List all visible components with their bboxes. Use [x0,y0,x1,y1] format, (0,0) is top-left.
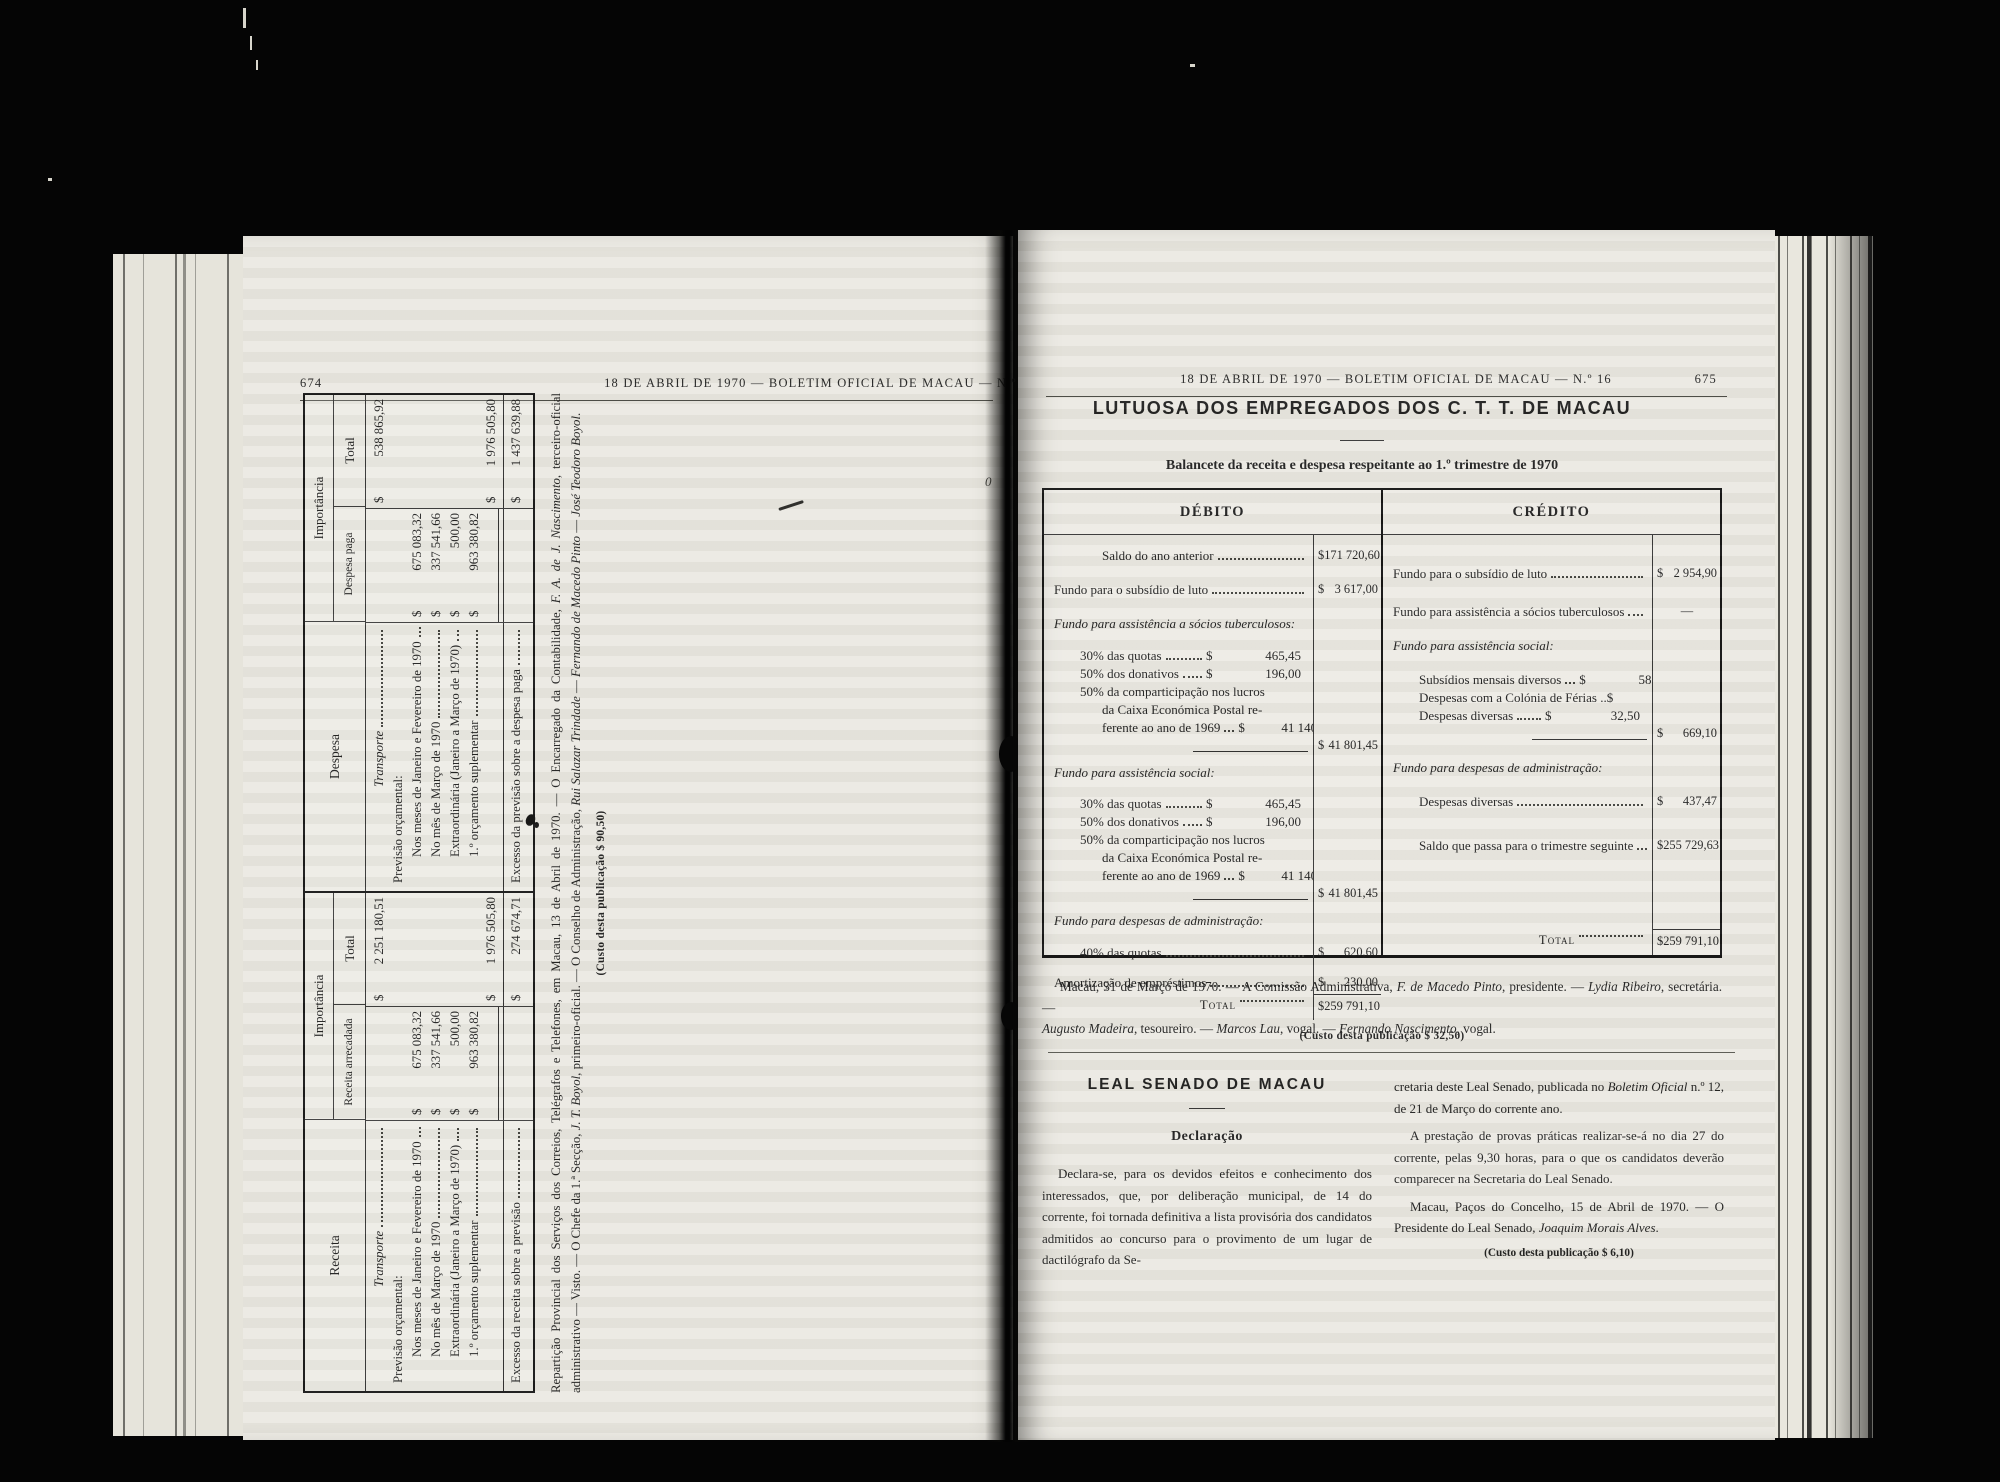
table-row: Excesso da previsão sobre a despesa paga… [503,395,529,891]
credit-header: CRÉDITO [1383,490,1720,535]
table-row: Excesso da receita sobre a previsão$274 … [503,893,529,1391]
table-row: No mês de Março de 1970$337 541,66 [426,395,445,891]
paragraph: Macau, Paços do Concelho, 15 de Abril de… [1394,1196,1724,1239]
senado-left-column: LEAL SENADO DE MACAU Declaração Declara-… [1042,1076,1390,1271]
cost-note: (Custo desta publicação $ 90,50) [591,393,611,1393]
credit-rows: Fundo para o subsídio de luto$2 954,90Fu… [1383,535,1720,955]
book-spread: 674 18 DE ABRIL DE 1970 — BOLETIM OFICIA… [113,230,1873,1446]
table-row: Despesas com a Colónia de Férias ..$56,6… [1383,689,1720,707]
rotated-balancete-block: Receita Importância Receita arrecadada T… [303,393,633,1393]
section-divider [1189,1108,1225,1109]
table-row: 50% da comparticipação nos lucros [1044,683,1381,701]
page-number: 674 [300,376,322,391]
table-row: da Caixa Económica Postal re- [1044,701,1381,719]
ink-mark [778,500,804,510]
balancete-table: Receita Importância Receita arrecadada T… [303,393,535,1393]
table-row: da Caixa Económica Postal re- [1044,849,1381,867]
left-page-edges [113,254,245,1436]
table-row: $41 801,45 [1044,737,1381,755]
table-row: Extraordinária (Janeiro a Março de 1970)… [445,893,464,1391]
paragraph: A prestação de provas práticas realizar-… [1394,1125,1724,1190]
table-row: Fundo para assistência social: [1383,637,1720,655]
page-number: 675 [1695,372,1717,387]
debit-header: DÉBITO [1044,490,1381,535]
col-header-despesa-paga: Despesa paga [334,506,365,621]
table-row: $41 801,45 [1044,885,1381,903]
section-divider [1340,440,1384,441]
table-row: Previsão orçamental: [388,395,407,891]
running-header-text: 18 DE ABRIL DE 1970 — BOLETIM OFICIAL DE… [1156,372,1636,387]
balancete-subtitle: Balancete da receita e despesa respeitan… [1042,458,1682,474]
ink-blot [534,822,539,828]
table-row: 1.º orçamento suplementar$963 380,82 [464,395,483,891]
scan-speck [256,60,258,70]
table-row: Despesas diversas$437,47 [1383,793,1720,811]
table-row: $1 976 505,80 [483,893,500,1391]
despesa-rows: Transporte$538 865,92Previsão orçamental… [366,395,533,891]
left-page: 674 18 DE ABRIL DE 1970 — BOLETIM OFICIA… [243,236,1013,1440]
table-row: Fundo para despesas de administração: [1044,912,1381,930]
table-row: 50% da comparticipação nos lucros [1044,831,1381,849]
debit-rows: Saldo do ano anterior$171 720,60Fundo pa… [1044,535,1381,1020]
table-row: Transporte$538 865,92 [369,395,388,891]
ledger-table: DÉBITO Saldo do ano anterior$171 720,60F… [1042,488,1722,958]
paragraph: Declara-se, para os devidos efeitos e co… [1042,1163,1372,1271]
table-row: 30% das quotas$465,45 [1044,795,1381,813]
paragraph: cretaria deste Leal Senado, publicada no… [1394,1076,1724,1119]
scanned-bulletin-page: 674 18 DE ABRIL DE 1970 — BOLETIM OFICIA… [0,0,2000,1482]
right-page-edges [1773,236,1873,1438]
table-row: $669,10 [1383,725,1720,743]
balancete-footer: Repartição Provincial dos Serviços dos C… [546,393,611,1393]
scan-speck [250,36,252,50]
col-header-total: Total [334,893,365,1004]
section-rule [1048,1052,1735,1053]
table-row: Despesas diversas$32,50 [1383,707,1720,725]
signature-line: Macau, 31 de Março de 1970. — A Comissão… [1042,976,1722,1018]
footer-line: administrativo — Visto. — O Chefe da 1.ª… [566,393,586,1393]
cost-note: (Custo desta publicação $ 6,10) [1394,1247,1724,1259]
table-row: Total$259 791,10 [1383,927,1720,953]
table-row: 40% das quotas$620,60 [1044,944,1381,962]
table-row: Fundo para o subsídio de luto$2 954,90 [1383,565,1720,583]
table-row: $1 976 505,80 [483,395,500,891]
receita-stub-header: Receita [305,1119,365,1391]
table-row: Fundo para despesas de administração: [1383,759,1720,777]
header-rule [1046,396,1727,397]
table-row: No mês de Março de 1970$337 541,66 [426,893,445,1391]
table-row: ferente ao ano de 1969$41 140,00 [1044,867,1381,885]
debit-column: DÉBITO Saldo do ano anterior$171 720,60F… [1044,490,1381,955]
scan-speck [48,178,52,181]
senado-right-column: cretaria deste Leal Senado, publicada no… [1390,1076,1724,1271]
table-row: Transporte$2 251 180,51 [369,893,388,1391]
table-row: 1.º orçamento suplementar$963 380,82 [464,893,483,1391]
col-header-total: Total [334,395,365,506]
footer-line: Repartição Provincial dos Serviços dos C… [546,393,566,1393]
table-row: Fundo para o subsídio de luto$3 617,00 [1044,581,1381,599]
despesa-section: Despesa Importância Despesa paga Total T… [305,395,533,893]
table-row: 50% dos donativos$196,00 [1044,813,1381,831]
table-row: Extraordinária (Janeiro a Março de 1970)… [445,395,464,891]
table-row: ferente ao ano de 1969$41 140,00 [1044,719,1381,737]
declaracao-heading: Declaração [1042,1129,1372,1145]
right-page: 18 DE ABRIL DE 1970 — BOLETIM OFICIAL DE… [1018,230,1775,1440]
scan-speck [1190,64,1195,67]
senado-title: LEAL SENADO DE MACAU [1042,1076,1372,1094]
table-row: Fundo para assistência social: [1044,764,1381,782]
table-row: Nos meses de Janeiro e Fevereiro de 1970… [407,395,426,891]
table-row: Subsídios mensais diversos$580,00 [1383,671,1720,689]
receita-rows: Transporte$2 251 180,51Previsão orçament… [366,893,533,1391]
despesa-stub-header: Despesa [305,621,365,891]
table-row: Previsão orçamental: [388,893,407,1391]
credit-column: CRÉDITO Fundo para o subsídio de luto$2 … [1381,490,1720,955]
table-row: Saldo que passa para o trimestre seguint… [1383,837,1720,855]
table-row: 30% das quotas$465,45 [1044,647,1381,665]
cost-note: (Custo desta publicação $ 32,50) [1042,1030,1722,1042]
table-row: Nos meses de Janeiro e Fevereiro de 1970… [407,893,426,1391]
table-row: Saldo do ano anterior$171 720,60 [1044,547,1381,565]
scan-speck [243,8,246,28]
table-row: Fundo para assistência a sócios tubercul… [1383,603,1720,621]
table-row: Fundo para assistência a sócios tubercul… [1044,615,1381,633]
importancia-header: Importância [305,395,334,621]
table-row: 50% dos donativos$196,00 [1044,665,1381,683]
receita-section: Receita Importância Receita arrecadada T… [305,893,533,1391]
col-header-receita-arrecadada: Receita arrecadada [334,1004,365,1119]
leal-senado-section: LEAL SENADO DE MACAU Declaração Declara-… [1042,1076,1724,1271]
importancia-header: Importância [305,893,334,1119]
article-title: LUTUOSA DOS EMPREGADOS DOS C. T. T. DE M… [1042,398,1682,419]
